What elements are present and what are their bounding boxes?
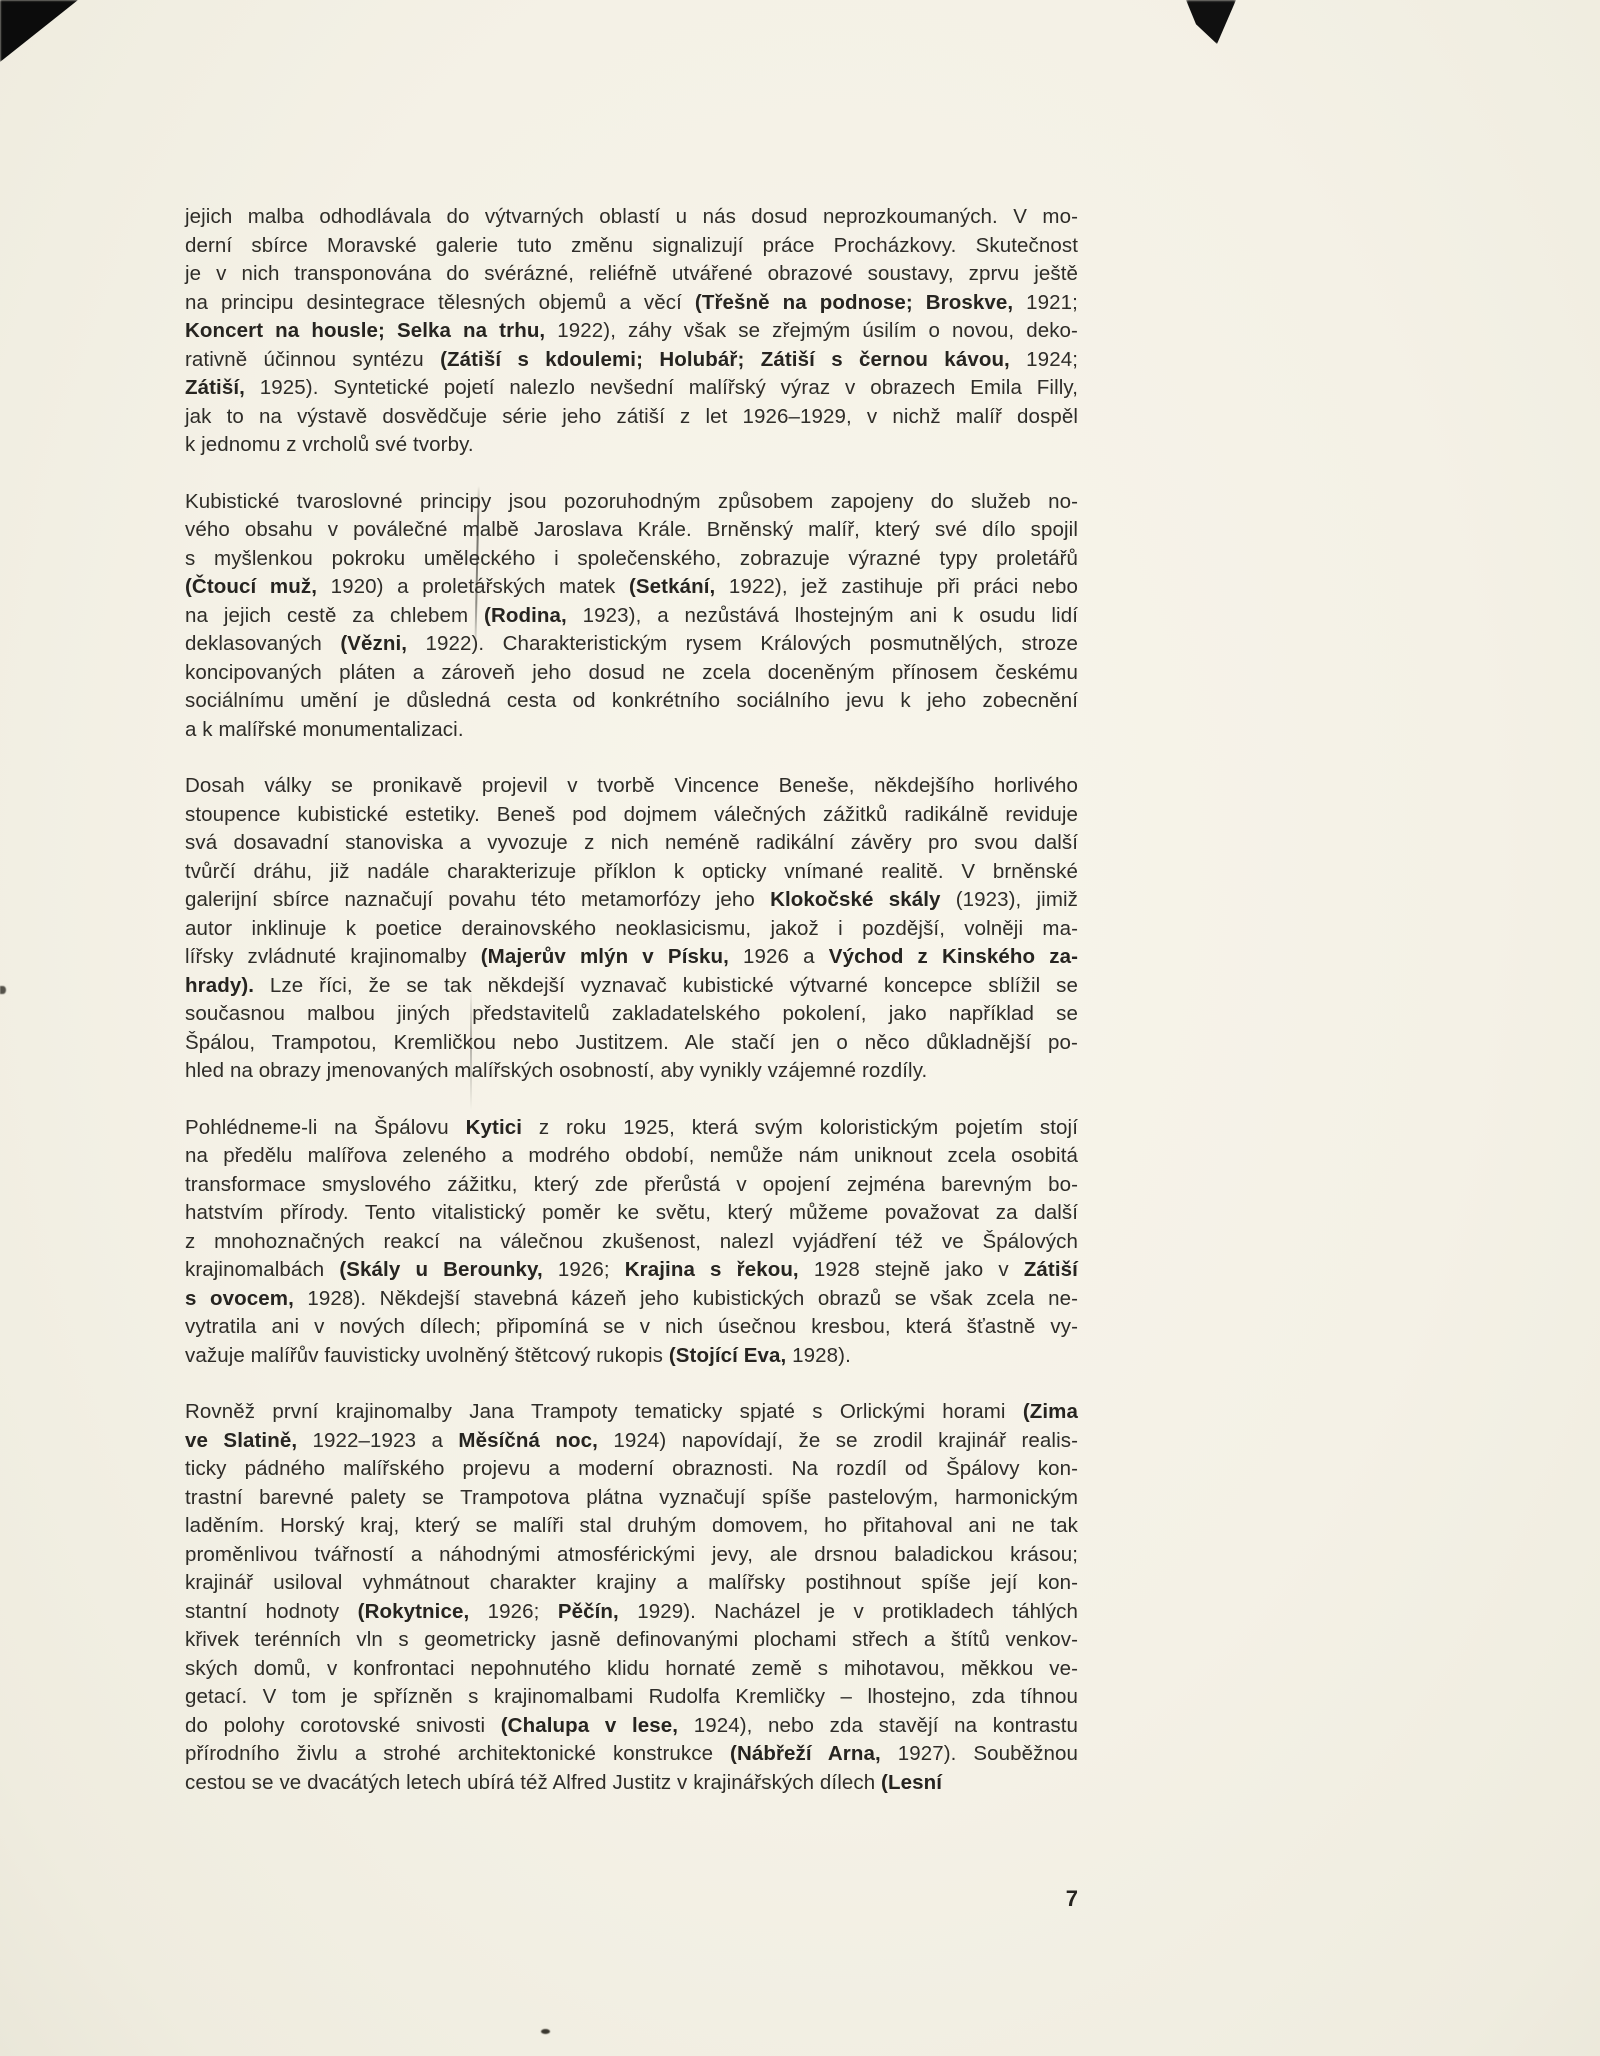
text-segment: Špálou, Trampotou, Kremličkou nebo Justi…: [185, 1031, 1078, 1054]
text-segment: k jednomu z vrcholů své tvorby.: [185, 433, 474, 456]
text-segment: deklasovaných: [185, 632, 340, 655]
artwork-title: (Lesní: [881, 1771, 942, 1794]
text-line: na principu desintegrace tělesných objem…: [185, 289, 1078, 318]
artwork-title: (Majerův mlýn v Písku,: [481, 945, 729, 968]
text-line: laděním. Horský kraj, který se malíři st…: [185, 1512, 1078, 1541]
artwork-title: Kytici: [466, 1116, 522, 1139]
scan-corner-artifact-topleft: [0, 0, 78, 62]
text-segment: přírodního živlu a strohé architektonick…: [185, 1742, 730, 1765]
text-line: hled na obrazy jmenovaných malířských os…: [185, 1057, 1078, 1086]
text-segment: jak to na výstavě dosvědčuje série jeho …: [185, 405, 1078, 428]
artwork-title: Východ z Kinského za-: [829, 945, 1078, 968]
paragraph-4: Pohlédneme-li na Špálovu Kytici z roku 1…: [185, 1114, 1078, 1371]
artwork-title: (Zima: [1023, 1400, 1078, 1423]
text-line: proměnlivou tvářností a náhodnými atmosf…: [185, 1541, 1078, 1570]
text-line: k jednomu z vrcholů své tvorby.: [185, 431, 1078, 460]
text-segment: na jejich cestě za chlebem: [185, 604, 484, 627]
text-segment: vytratila ani v nových dílech; připomíná…: [185, 1315, 1078, 1338]
artwork-title: Zátiší,: [185, 376, 245, 399]
text-segment: tvůrčí dráhu, již nadále charakterizuje …: [185, 860, 1078, 883]
artwork-title: (Chalupa v lese,: [501, 1714, 678, 1737]
text-line: stoupence kubistické estetiky. Beneš pod…: [185, 801, 1078, 830]
text-line: krajinomalbách (Skály u Berounky, 1926; …: [185, 1256, 1078, 1285]
artwork-title: Koncert na housle; Selka na trhu,: [185, 319, 545, 342]
text-line: hrady). Lze říci, že se tak někdejší vyz…: [185, 972, 1078, 1001]
text-line: derní sbírce Moravské galerie tuto změnu…: [185, 232, 1078, 261]
scanned-page: jejich malba odhodlávala do výtvarných o…: [0, 0, 1600, 2056]
artwork-title: (Skály u Berounky,: [339, 1258, 542, 1281]
text-segment: 1928).: [786, 1344, 851, 1367]
text-segment: stoupence kubistické estetiky. Beneš pod…: [185, 803, 1078, 826]
text-line: ve Slatině, 1922–1923 a Měsíčná noc, 192…: [185, 1427, 1078, 1456]
text-line: važuje malířův fauvisticky uvolněný štět…: [185, 1342, 1078, 1371]
paragraph-1: jejich malba odhodlávala do výtvarných o…: [185, 203, 1078, 460]
text-line: a k malířské monumentalizaci.: [185, 716, 1078, 745]
scan-speck-bottom: [541, 2029, 550, 2034]
scan-speck-left-edge: [0, 986, 6, 994]
text-line: vytratila ani v nových dílech; připomíná…: [185, 1313, 1078, 1342]
text-line: přírodního živlu a strohé architektonick…: [185, 1740, 1078, 1769]
text-segment: rativně účinnou syntézu: [185, 348, 440, 371]
text-segment: na předělu malířova zeleného a modrého o…: [185, 1144, 1078, 1167]
text-line: Koncert na housle; Selka na trhu, 1922),…: [185, 317, 1078, 346]
text-segment: 1925). Syntetické pojetí nalezlo nevšedn…: [245, 376, 1078, 399]
text-segment: na principu desintegrace tělesných objem…: [185, 291, 695, 314]
text-segment: 1926;: [543, 1258, 625, 1281]
text-segment: stantní hodnoty: [185, 1600, 358, 1623]
text-line: lířsky zvládnuté krajinomalby (Majerův m…: [185, 943, 1078, 972]
text-line: transformace smyslového zážitku, který z…: [185, 1171, 1078, 1200]
paragraph-5: Rovněž první krajinomalby Jana Trampoty …: [185, 1398, 1078, 1797]
text-segment: 1926 a: [729, 945, 829, 968]
text-segment: křivek terénních vln s geometricky jasně…: [185, 1628, 1078, 1651]
text-line: je v nich transponována do svérázné, rel…: [185, 260, 1078, 289]
text-segment: lířsky zvládnuté krajinomalby: [185, 945, 481, 968]
text-segment: koncipovaných pláten a zároveň jeho dosu…: [185, 661, 1078, 684]
text-segment: krajinář usiloval vyhmátnout charakter k…: [185, 1571, 1078, 1594]
text-line: stantní hodnoty (Rokytnice, 1926; Pěčín,…: [185, 1598, 1078, 1627]
text-line: hatstvím přírody. Tento vitalistický pom…: [185, 1199, 1078, 1228]
text-line: jejich malba odhodlávala do výtvarných o…: [185, 203, 1078, 232]
text-line: Špálou, Trampotou, Kremličkou nebo Justi…: [185, 1029, 1078, 1058]
scan-edge-artifact-top: [1186, 0, 1236, 44]
text-segment: važuje malířův fauvisticky uvolněný štět…: [185, 1344, 669, 1367]
text-segment: Rovněž první krajinomalby Jana Trampoty …: [185, 1400, 1023, 1423]
text-segment: 1928). Někdejší stavebná kázeň jeho kubi…: [294, 1287, 1078, 1310]
text-line: deklasovaných (Vězni, 1922). Charakteris…: [185, 630, 1078, 659]
text-line: s ovocem, 1928). Někdejší stavebná kázeň…: [185, 1285, 1078, 1314]
text-segment: cestou se ve dvacátých letech ubírá též …: [185, 1771, 881, 1794]
text-segment: sociálnímu umění je důsledná cesta od ko…: [185, 689, 1078, 712]
artwork-title: (Nábřeží Arna,: [730, 1742, 881, 1765]
paragraph-2: Kubistické tvaroslovné principy jsou poz…: [185, 488, 1078, 745]
text-segment: 1920) a proletářských matek: [317, 575, 629, 598]
text-line: Dosah války se pronikavě projevil v tvor…: [185, 772, 1078, 801]
text-line: galerijní sbírce naznačují povahu této m…: [185, 886, 1078, 915]
text-segment: laděním. Horský kraj, který se malíři st…: [185, 1514, 1078, 1537]
artwork-title: ve Slatině,: [185, 1429, 297, 1452]
text-line: křivek terénních vln s geometricky jasně…: [185, 1626, 1078, 1655]
text-line: Rovněž první krajinomalby Jana Trampoty …: [185, 1398, 1078, 1427]
text-line: Kubistické tvaroslovné principy jsou poz…: [185, 488, 1078, 517]
text-segment: z mnohoznačných reakcí na válečnou zkuše…: [185, 1230, 1078, 1253]
text-segment: 1924;: [1010, 348, 1078, 371]
artwork-title: Klokočské skály: [770, 888, 940, 911]
text-line: cestou se ve dvacátých letech ubírá též …: [185, 1769, 1078, 1798]
text-segment: 1922), jež zastihuje při práci nebo: [715, 575, 1078, 598]
text-segment: 1924), nebo zda stavějí na kontrastu: [678, 1714, 1078, 1737]
text-segment: současnou malbou jiných představitelů za…: [185, 1002, 1078, 1025]
text-line: Zátiší, 1925). Syntetické pojetí nalezlo…: [185, 374, 1078, 403]
artwork-title: (Zátiší s kdoulemi; Holubář; Zátiší s če…: [440, 348, 1010, 371]
text-segment: do polohy corotovské snivosti: [185, 1714, 501, 1737]
text-segment: (1923), jimiž: [941, 888, 1078, 911]
artwork-title: (Vězni,: [340, 632, 407, 655]
text-line: z mnohoznačných reakcí na válečnou zkuše…: [185, 1228, 1078, 1257]
text-segment: autor inklinuje k poetice derainovského …: [185, 917, 1078, 940]
text-segment: 1922), záhy však se zřejmým úsilím o nov…: [545, 319, 1078, 342]
text-line: sociálnímu umění je důsledná cesta od ko…: [185, 687, 1078, 716]
page-number: 7: [1046, 1886, 1078, 1912]
artwork-title: Zátiší: [1024, 1258, 1078, 1281]
text-line: getací. V tom je spřízněn s krajinomalba…: [185, 1683, 1078, 1712]
artwork-title: (Rokytnice,: [358, 1600, 470, 1623]
artwork-title: (Stojící Eva,: [669, 1344, 787, 1367]
text-line: trastní barevné palety se Trampotova plá…: [185, 1484, 1078, 1513]
text-segment: je v nich transponována do svérázné, rel…: [185, 262, 1078, 285]
artwork-title: (Rodina,: [484, 604, 567, 627]
text-segment: hled na obrazy jmenovaných malířských os…: [185, 1059, 927, 1082]
text-line: ských domů, v konfrontaci nepohnutého kl…: [185, 1655, 1078, 1684]
text-line: současnou malbou jiných představitelů za…: [185, 1000, 1078, 1029]
text-segment: trastní barevné palety se Trampotova plá…: [185, 1486, 1078, 1509]
text-segment: derní sbírce Moravské galerie tuto změnu…: [185, 234, 1078, 257]
text-segment: 1927). Souběžnou: [881, 1742, 1078, 1765]
artwork-title: Pěčín,: [558, 1600, 619, 1623]
text-segment: s myšlenkou pokroku uměleckého i společe…: [185, 547, 1078, 570]
text-segment: getací. V tom je spřízněn s krajinomalba…: [185, 1685, 1078, 1708]
paragraph-3: Dosah války se pronikavě projevil v tvor…: [185, 772, 1078, 1086]
text-line: do polohy corotovské snivosti (Chalupa v…: [185, 1712, 1078, 1741]
text-segment: 1922–1923 a: [297, 1429, 458, 1452]
artwork-title: (Setkání,: [629, 575, 715, 598]
text-segment: svá dosavadní stanoviska a vyvozuje z ni…: [185, 831, 1078, 854]
text-segment: Dosah války se pronikavě projevil v tvor…: [185, 774, 1078, 797]
text-line: autor inklinuje k poetice derainovského …: [185, 915, 1078, 944]
text-segment: z roku 1925, která svým koloristickým po…: [522, 1116, 1078, 1139]
text-segment: ticky pádného malířského projevu a moder…: [185, 1457, 1078, 1480]
text-segment: 1928 stejně jako v: [799, 1258, 1024, 1281]
text-line: na jejich cestě za chlebem (Rodina, 1923…: [185, 602, 1078, 631]
text-segment: 1923), a nezůstává lhostejným ani k osud…: [567, 604, 1078, 627]
text-segment: 1922). Charakteristickým rysem Králových…: [407, 632, 1078, 655]
text-segment: jejich malba odhodlávala do výtvarných o…: [185, 205, 1078, 228]
text-line: ticky pádného malířského projevu a moder…: [185, 1455, 1078, 1484]
text-segment: transformace smyslového zážitku, který z…: [185, 1173, 1078, 1196]
artwork-title: hrady).: [185, 974, 254, 997]
text-segment: 1921;: [1013, 291, 1078, 314]
artwork-title: s ovocem,: [185, 1287, 294, 1310]
text-line: s myšlenkou pokroku uměleckého i společe…: [185, 545, 1078, 574]
text-segment: Kubistické tvaroslovné principy jsou poz…: [185, 490, 1078, 513]
text-segment: 1924) napovídají, že se zrodil krajinář …: [598, 1429, 1078, 1452]
text-line: svá dosavadní stanoviska a vyvozuje z ni…: [185, 829, 1078, 858]
artwork-title: (Třešně na podnose; Broskve,: [695, 291, 1013, 314]
text-segment: Pohlédneme-li na Špálovu: [185, 1116, 466, 1139]
text-line: rativně účinnou syntézu (Zátiší s kdoule…: [185, 346, 1078, 375]
text-line: na předělu malířova zeleného a modrého o…: [185, 1142, 1078, 1171]
text-line: tvůrčí dráhu, již nadále charakterizuje …: [185, 858, 1078, 887]
text-segment: vého obsahu v poválečné malbě Jaroslava …: [185, 518, 1078, 541]
artwork-title: (Čtoucí muž,: [185, 575, 317, 598]
text-line: Pohlédneme-li na Špálovu Kytici z roku 1…: [185, 1114, 1078, 1143]
text-segment: galerijní sbírce naznačují povahu této m…: [185, 888, 770, 911]
text-segment: 1926;: [469, 1600, 558, 1623]
text-line: koncipovaných pláten a zároveň jeho dosu…: [185, 659, 1078, 688]
text-line: jak to na výstavě dosvědčuje série jeho …: [185, 403, 1078, 432]
text-block: jejich malba odhodlávala do výtvarných o…: [185, 203, 1078, 1825]
text-segment: Lze říci, že se tak někdejší vyznavač ku…: [254, 974, 1078, 997]
artwork-title: Měsíčná noc,: [458, 1429, 598, 1452]
text-line: (Čtoucí muž, 1920) a proletářských matek…: [185, 573, 1078, 602]
text-segment: hatstvím přírody. Tento vitalistický pom…: [185, 1201, 1078, 1224]
text-segment: ských domů, v konfrontaci nepohnutého kl…: [185, 1657, 1078, 1680]
text-line: krajinář usiloval vyhmátnout charakter k…: [185, 1569, 1078, 1598]
artwork-title: Krajina s řekou,: [625, 1258, 799, 1281]
text-segment: a k malířské monumentalizaci.: [185, 718, 464, 741]
text-segment: 1929). Nacházel je v protikladech táhlýc…: [619, 1600, 1078, 1623]
text-segment: krajinomalbách: [185, 1258, 339, 1281]
text-line: vého obsahu v poválečné malbě Jaroslava …: [185, 516, 1078, 545]
text-segment: proměnlivou tvářností a náhodnými atmosf…: [185, 1543, 1078, 1566]
